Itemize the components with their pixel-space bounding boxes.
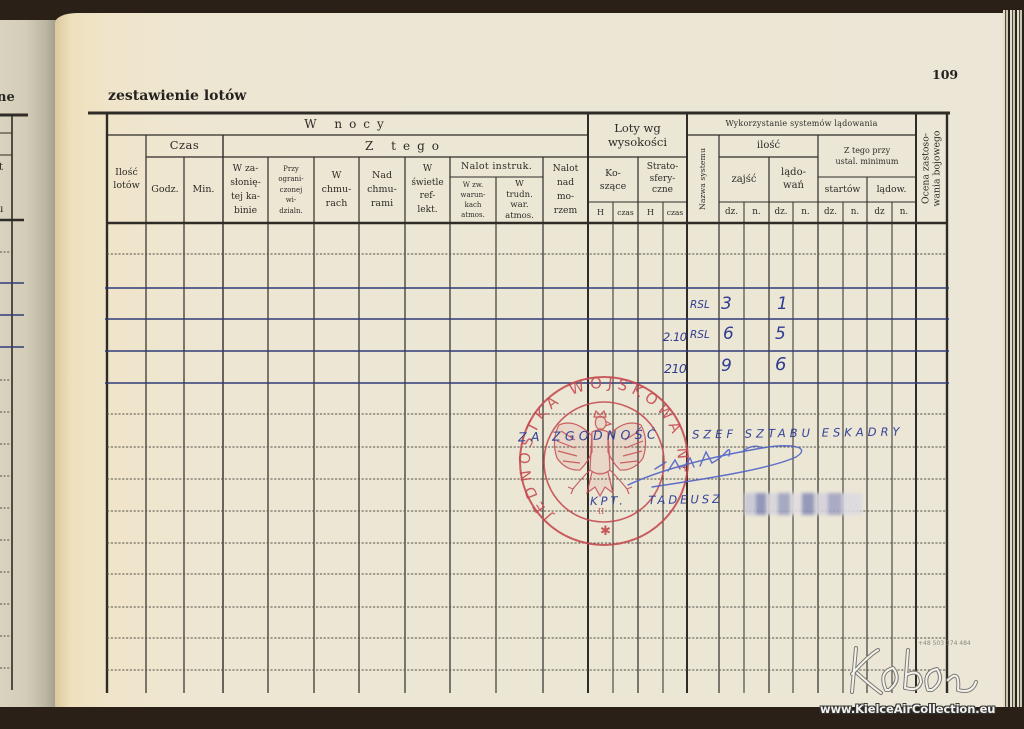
- scanned-logbook-spread: ne t u zestawienie lotów 109 W nocy Iloś…: [0, 0, 1024, 729]
- watermark-phone: +48 503 374 484: [918, 640, 971, 647]
- collector-signature-logo: [0, 0, 1024, 729]
- watermark-url: www.KielceAirCollection.eu: [820, 702, 995, 716]
